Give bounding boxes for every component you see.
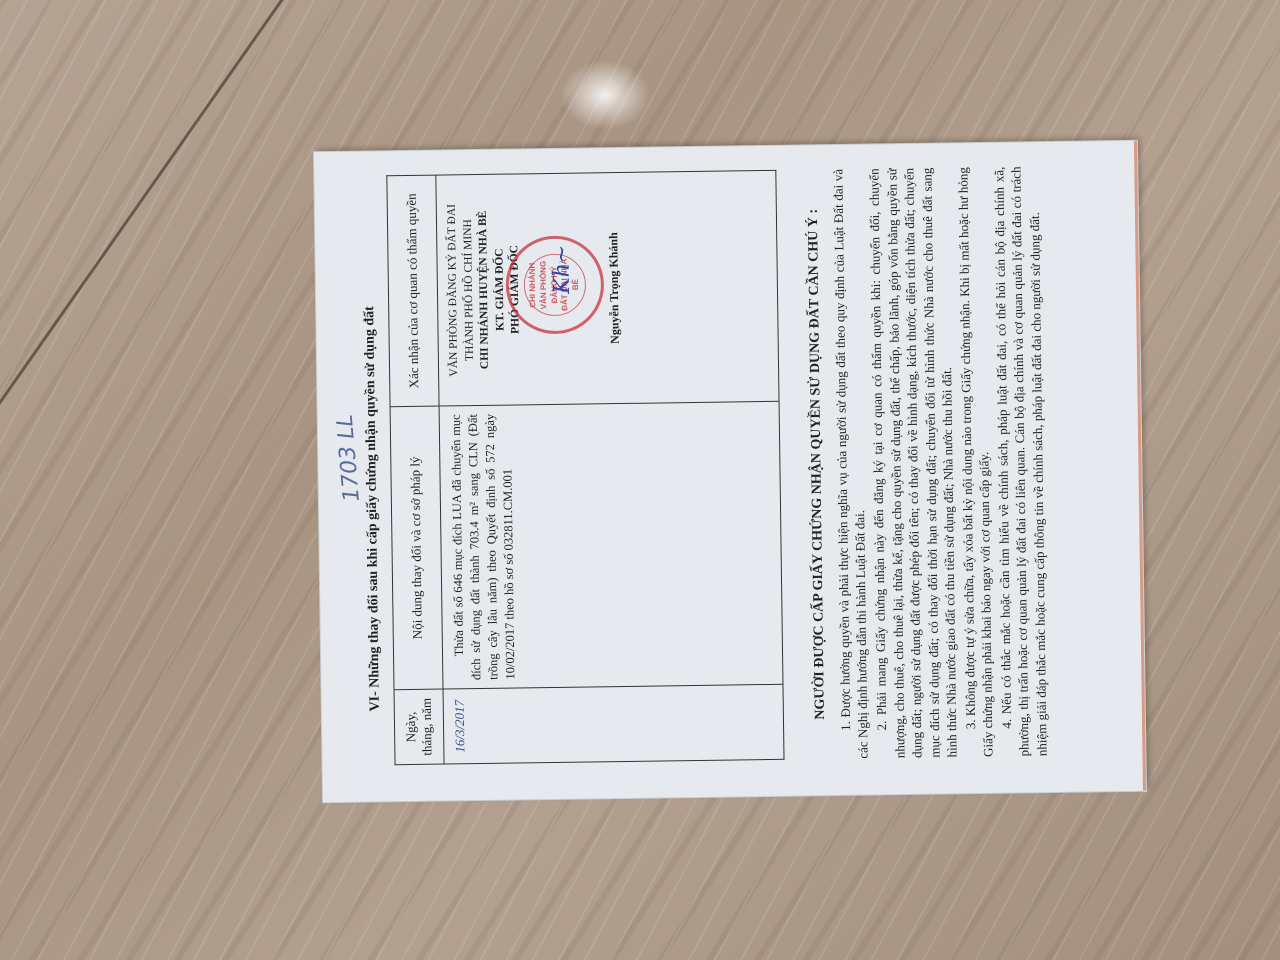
notes-title: NGƯỜI ĐƯỢC CẤP GIẤY CHỨNG NHẬN QUYỀN SỬ … xyxy=(804,169,831,759)
signature: Kh~ xyxy=(547,245,577,294)
table-row: 16/3/2017 Thửa đất số 646 mục đích LUA đ… xyxy=(436,170,784,764)
floor-light-glare xyxy=(560,60,650,130)
header-confirmation: Xác nhận của cơ quan có thẩm quyền xyxy=(387,175,439,407)
note-item: 4. Nếu có thắc mắc hoặc cần tìm hiểu về … xyxy=(990,166,1051,757)
certificate-page: 1703 LL VI- Những thay đổi sau khi cấp g… xyxy=(314,141,1146,802)
signer-name: Nguyễn Trọng Khánh xyxy=(604,173,623,403)
row-content: Thửa đất số 646 mục đích LUA đã chuyển m… xyxy=(439,401,783,689)
document-photo: 1703 LL VI- Những thay đổi sau khi cấp g… xyxy=(300,140,1160,800)
row-confirmation: VĂN PHÒNG ĐĂNG KÝ ĐẤT ĐAI THÀNH PHỐ HỒ C… xyxy=(436,170,779,406)
row-date: 16/3/2017 xyxy=(443,684,784,764)
changes-table: Ngày, tháng, năm Nội dung thay đổi và cơ… xyxy=(386,170,784,765)
note-item: 2. Phải mang Giấy chứng nhận này đến đăn… xyxy=(865,167,961,758)
branch-name: CHI NHÁNH HUYỆN NHÀ BÈ xyxy=(475,181,494,399)
section-title: VI- Những thay đổi sau khi cấp giấy chứn… xyxy=(361,191,384,711)
handwritten-number: 1703 LL xyxy=(333,413,365,502)
notes-section: NGƯỜI ĐƯỢC CẤP GIẤY CHỨNG NHẬN QUYỀN SỬ … xyxy=(804,166,1052,759)
office-line1: VĂN PHÒNG ĐĂNG KÝ ĐẤT ĐAI xyxy=(444,181,463,399)
header-content: Nội dung thay đổi và cơ sở pháp lý xyxy=(390,406,443,690)
header-date: Ngày, tháng, năm xyxy=(394,689,444,765)
